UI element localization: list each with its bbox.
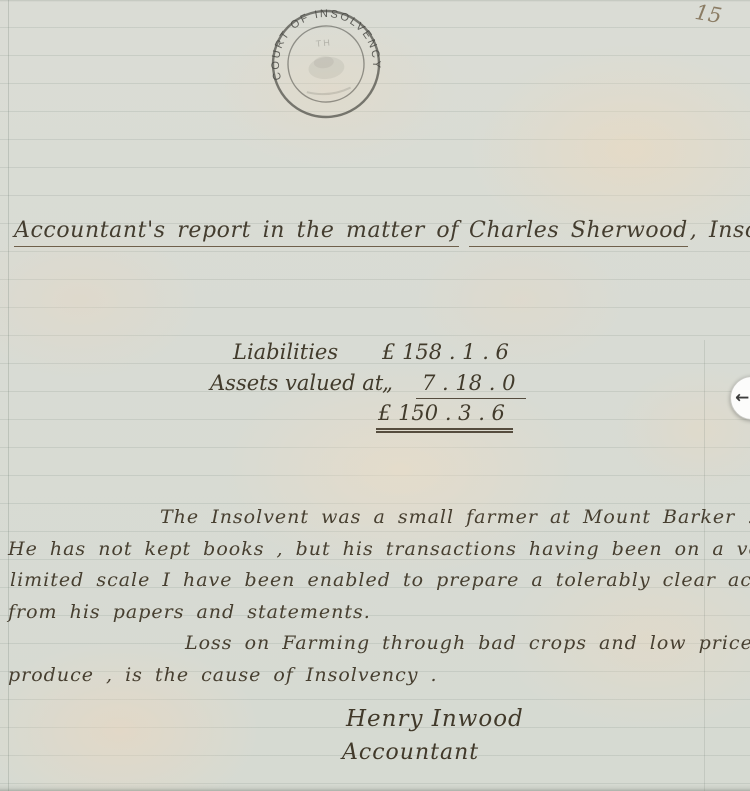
body-line-1: The Insolvent was a small farmer at Moun…	[160, 506, 750, 528]
stamp-inner-fragment: TH	[315, 37, 332, 49]
pound-sign-total: £	[378, 401, 391, 425]
body-line-6: produce , is the cause of Insolvency .	[8, 664, 438, 686]
ditto-mark: „	[382, 371, 416, 395]
manuscript-page: 15 COURT OF INSOLVENCY TH Accountant's r…	[0, 0, 750, 791]
previous-page-button[interactable]: ←	[730, 376, 750, 420]
liabilities-amount: £ 158 . 1 . 6	[382, 340, 509, 364]
title-main: Accountant's report in the matter of	[14, 218, 459, 247]
body-line-2: He has not kept books , but his transact…	[8, 538, 750, 560]
stamp-smudge-arc	[307, 88, 351, 97]
assets-amount: „7 . 18 . 0	[382, 371, 526, 395]
right-edge-rule	[704, 340, 705, 791]
body-line-3: limited scale I have been enabled to pre…	[10, 569, 750, 591]
title-suffix: , Insolvent	[690, 218, 750, 243]
title-subject-name: Charles Sherwood	[469, 218, 688, 247]
report-title: Accountant's report in the matter ofChar…	[14, 218, 750, 243]
court-of-insolvency-stamp: COURT OF INSOLVENCY TH	[258, 0, 394, 130]
balance-amount: £ 150 . 3 . 6	[376, 401, 513, 433]
signature-name: Henry Inwood	[346, 706, 524, 732]
assets-label: Assets valued at	[210, 371, 383, 395]
body-line-4: from his papers and statements.	[8, 601, 371, 623]
pound-sign: £	[382, 340, 395, 364]
liabilities-label: Liabilities	[233, 340, 338, 364]
left-arrow-icon: ←	[735, 390, 749, 407]
signature-role: Accountant	[342, 740, 479, 765]
page-number: 15	[693, 0, 723, 28]
body-line-5: Loss on Farming through bad crops and lo…	[185, 632, 750, 654]
